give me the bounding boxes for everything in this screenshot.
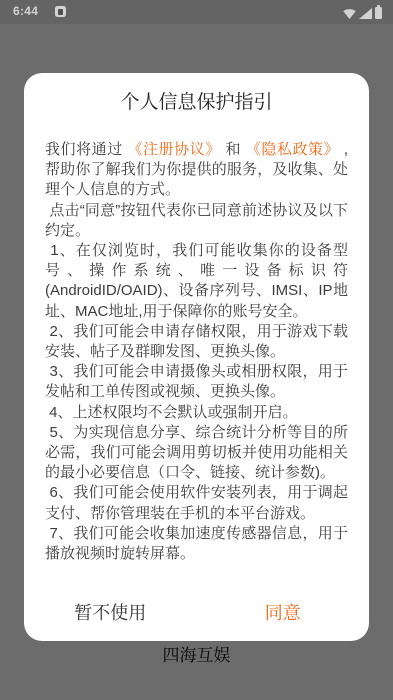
agree-button[interactable]: 同意 [197, 583, 370, 641]
intro-paragraph: 我们将通过 《注册协议》 和 《隐私政策》 ,帮助你了解我们为你提供的服务，及收… [45, 140, 348, 201]
privacy-paragraph: 1、在仅浏览时，我们可能收集你的设备型号、操作系统、唯一设备标识符(Androi… [45, 241, 348, 322]
register-agreement-link[interactable]: 《注册协议》 [127, 141, 220, 158]
privacy-paragraph: 3、我们可能会申请摄像头或相册权限，用于发帖和工单传图或视频、更换头像。 [45, 362, 348, 402]
privacy-dialog: 个人信息保护指引 我们将通过 《注册协议》 和 《隐私政策》 ,帮助你了解我们为… [24, 73, 369, 641]
privacy-paragraph: 2、我们可能会申请存储权限，用于游戏下载安装、帖子及群聊发图、更换头像。 [45, 322, 348, 362]
intro-prefix: 我们将通过 [45, 141, 127, 158]
battery-icon [375, 7, 382, 19]
privacy-paragraph: 5、为实现信息分享、综合统计分析等目的所必需，我们可能会调用剪切板并使用功能相关… [45, 423, 348, 484]
screen: 四海互娱 6:44 个人信息保护指引 我们将通过 《注册协议》 和 《隐私政策》… [0, 0, 393, 700]
app-notification-icon [55, 6, 66, 17]
status-bar: 6:44 [0, 0, 393, 24]
decline-button[interactable]: 暂不使用 [24, 583, 197, 641]
intro-middle: 和 [221, 141, 246, 158]
wifi-icon [343, 8, 356, 19]
dialog-title: 个人信息保护指引 [24, 73, 369, 113]
status-time: 6:44 [13, 4, 38, 18]
privacy-paragraph: 6、我们可能会使用软件安装列表，用于调起支付、帮你管理装在手机的本平台游戏。 [45, 483, 348, 523]
status-icons [343, 5, 382, 19]
privacy-paragraph: 点击“同意”按钮代表你已同意前述协议及以下约定。 [45, 201, 348, 241]
cellular-signal-icon [359, 8, 372, 19]
privacy-paragraph: 7、我们可能会收集加速度传感器信息，用于播放视频时旋转屏幕。 [45, 524, 348, 564]
privacy-paragraph: 4、上述权限均不会默认或强制开启。 [45, 403, 348, 423]
dialog-body: 我们将通过 《注册协议》 和 《隐私政策》 ,帮助你了解我们为你提供的服务，及收… [24, 140, 369, 564]
dialog-footer: 暂不使用 同意 [24, 583, 369, 641]
privacy-policy-link[interactable]: 《隐私政策》 [246, 141, 339, 158]
